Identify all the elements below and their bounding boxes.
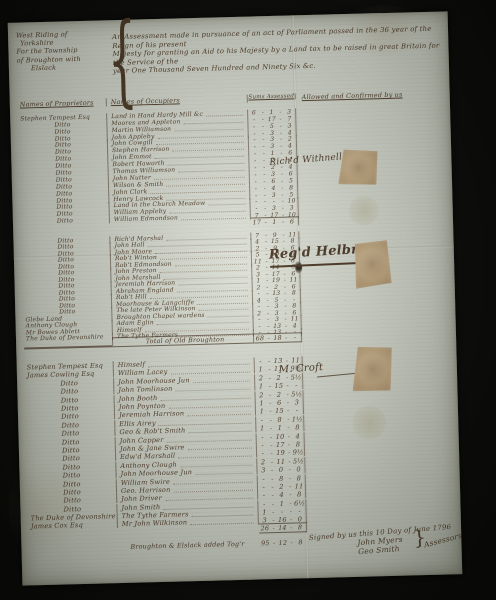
amount-shillings: 8 bbox=[275, 474, 287, 482]
amount-pence: - bbox=[290, 381, 302, 389]
dash-separator: - bbox=[283, 333, 289, 341]
header-allowed-confirmed: Allowed and Confirmed by us bbox=[296, 89, 448, 101]
photo-background: West Riding of Yorkshire For the Townshi… bbox=[0, 0, 496, 600]
amount-pence: 0 bbox=[293, 465, 305, 473]
amount-pence: 8 bbox=[293, 491, 305, 499]
sum-assessed: 26-14-8 bbox=[259, 522, 307, 533]
dash-separator: - bbox=[270, 508, 276, 516]
wafer-seal bbox=[338, 148, 379, 187]
amount-pounds: - bbox=[257, 449, 269, 457]
dash-separator: - bbox=[288, 523, 294, 531]
amount-pounds: 26 bbox=[259, 524, 271, 532]
dash-separator: - bbox=[270, 500, 276, 508]
dash-separator: - bbox=[267, 391, 273, 399]
dash-separator: - bbox=[287, 491, 293, 499]
dash-separator: - bbox=[268, 433, 274, 441]
amount-shillings: - bbox=[276, 508, 288, 516]
dash-separator: - bbox=[268, 424, 274, 432]
total-prop-space bbox=[30, 551, 118, 553]
amount-pounds: - bbox=[257, 433, 269, 441]
dash-separator: - bbox=[267, 374, 273, 382]
dash-separator: - bbox=[285, 407, 291, 415]
amount-pounds: 2 bbox=[255, 391, 267, 399]
amount-pence: - bbox=[289, 333, 301, 341]
amount-shillings: 4 bbox=[276, 491, 288, 499]
dash-separator: - bbox=[269, 449, 275, 457]
total-label-cell bbox=[109, 227, 251, 231]
amount-shillings: 10 bbox=[274, 432, 286, 440]
amount-pence: 6½ bbox=[294, 499, 306, 507]
table-section: Stephen Tempest EsqHimself--13-11James C… bbox=[25, 352, 459, 539]
margin-space bbox=[302, 338, 454, 342]
amount-pence: 8 bbox=[294, 523, 306, 531]
total-label: Broughton & Elslack added Tog'r bbox=[122, 539, 252, 550]
county-heading: West Riding of Yorkshire For the Townshi… bbox=[16, 29, 99, 72]
dash-separator: - bbox=[269, 466, 275, 474]
total-label bbox=[114, 227, 250, 231]
dash-separator: - bbox=[270, 491, 276, 499]
amount-shillings: 17 bbox=[274, 441, 286, 449]
dash-separator: - bbox=[263, 218, 269, 226]
dash-separator: - bbox=[266, 334, 272, 342]
sum-assessed: 17-1-6 bbox=[251, 216, 299, 226]
occupier-name: Himself bbox=[118, 360, 146, 369]
amount-pounds: 1 bbox=[255, 366, 267, 374]
amount-pounds: 1 bbox=[255, 382, 267, 390]
amount-pounds: 95 bbox=[259, 539, 271, 547]
amount-pounds: 2 bbox=[257, 458, 269, 466]
amount-shillings: 0 bbox=[275, 466, 287, 474]
dash-separator: - bbox=[287, 474, 293, 482]
amount-shillings: 1 bbox=[274, 424, 286, 432]
wafer-seal bbox=[352, 240, 391, 289]
preamble-text: An Assessment made in pursuance of an ac… bbox=[112, 24, 447, 76]
amount-shillings: 11 bbox=[275, 457, 287, 465]
amount-pounds: - bbox=[258, 500, 270, 508]
amount-pence: 6 bbox=[286, 217, 298, 225]
amount-pounds: 68 bbox=[254, 334, 266, 342]
amount-shillings: 1 bbox=[269, 218, 281, 226]
dash-separator: - bbox=[267, 382, 273, 390]
amount-shillings: 8 bbox=[274, 415, 286, 423]
dash-separator: - bbox=[286, 432, 292, 440]
dash-separator: - bbox=[287, 457, 293, 465]
amount-pence: 8 bbox=[292, 440, 304, 448]
dash-separator: - bbox=[267, 399, 273, 407]
header-sums-assessed: Sums Assessed bbox=[248, 93, 296, 100]
dash-separator: - bbox=[285, 390, 291, 398]
amount-pounds: - bbox=[258, 475, 270, 483]
amount-shillings: 12 bbox=[277, 539, 289, 547]
dash-separator: - bbox=[285, 399, 291, 407]
dash-separator: - bbox=[266, 357, 272, 365]
dash-separator: - bbox=[269, 458, 275, 466]
sum-assessed: 68-18-- bbox=[254, 332, 302, 343]
dash-separator: - bbox=[271, 539, 277, 547]
table-section: DittoRich'd Marshal7-9-11DittoJohn Hall4… bbox=[21, 227, 454, 349]
amount-shillings: 19 bbox=[275, 449, 287, 457]
dash-separator: - bbox=[267, 365, 273, 373]
amount-pounds: - bbox=[255, 357, 267, 365]
amount-pounds: - bbox=[258, 491, 270, 499]
dash-separator: - bbox=[288, 508, 294, 516]
dash-separator: - bbox=[286, 449, 292, 457]
amount-pence: 5½ bbox=[292, 457, 304, 465]
total-prop-space bbox=[21, 230, 109, 232]
amount-pence: 5½ bbox=[291, 390, 303, 398]
amount-pounds: 1 bbox=[256, 408, 268, 416]
amount-shillings: 15 bbox=[273, 382, 285, 390]
dash-separator: - bbox=[268, 441, 274, 449]
amount-pence: - bbox=[294, 507, 306, 515]
amount-pence: 8 bbox=[295, 538, 307, 546]
amount-shillings: 6 bbox=[273, 399, 285, 407]
dash-separator: - bbox=[285, 415, 291, 423]
amount-pounds: - bbox=[258, 483, 270, 491]
document-page: West Riding of Yorkshire For the Townshi… bbox=[8, 11, 463, 585]
dash-separator: - bbox=[287, 466, 293, 474]
sum-assessed: 95-12-8 bbox=[259, 538, 307, 547]
amount-pence: 1½ bbox=[291, 415, 303, 423]
amount-pounds: 1 bbox=[256, 424, 268, 432]
total-label: Total of Old Broughton bbox=[117, 334, 253, 346]
amount-shillings: 2 bbox=[275, 483, 287, 491]
dash-separator: - bbox=[287, 482, 293, 490]
dash-separator: - bbox=[268, 407, 274, 415]
margin-space bbox=[299, 221, 451, 225]
amount-pence: 9½ bbox=[292, 449, 304, 457]
amount-pounds: 1 bbox=[259, 508, 271, 516]
table-section: Stephen Tempest EsqLand in Hand Hardy Mi… bbox=[18, 104, 451, 232]
dash-separator: - bbox=[286, 424, 292, 432]
table-body: Stephen Tempest EsqLand in Hand Hardy Mi… bbox=[18, 104, 459, 553]
wafer-seal bbox=[353, 345, 394, 393]
header-proprietors: Names of Proprietors bbox=[18, 98, 106, 108]
amount-pence: 8 bbox=[292, 423, 304, 431]
dash-separator: - bbox=[286, 440, 292, 448]
amount-pounds: 17 bbox=[251, 218, 263, 226]
amount-shillings: 15 bbox=[273, 407, 285, 415]
amount-pounds: 3 bbox=[257, 466, 269, 474]
dash-separator: - bbox=[271, 524, 277, 532]
amount-pence: - bbox=[291, 407, 303, 415]
amount-pounds: 1 bbox=[256, 399, 268, 407]
amount-pence: 11 bbox=[293, 482, 305, 490]
total-label-cell: Broughton & Elslack added Tog'r bbox=[117, 539, 259, 551]
dash-separator: - bbox=[289, 538, 295, 546]
amount-pence: 8 bbox=[293, 474, 305, 482]
amount-shillings: 1 bbox=[276, 499, 288, 507]
amount-shillings: 2 bbox=[273, 390, 285, 398]
dash-separator: - bbox=[285, 382, 291, 390]
total-prop-space bbox=[24, 345, 112, 349]
amount-pounds: - bbox=[256, 416, 268, 424]
dash-separator: - bbox=[288, 499, 294, 507]
dash-separator: - bbox=[280, 218, 286, 226]
dash-separator: - bbox=[270, 483, 276, 491]
amount-pounds: - bbox=[257, 441, 269, 449]
amount-shillings: 18 bbox=[272, 333, 284, 341]
amount-pounds: 2 bbox=[255, 374, 267, 382]
occupier-name: Mr John Wilkinson bbox=[122, 519, 188, 529]
dash-separator: - bbox=[269, 475, 275, 483]
amount-pence: 4 bbox=[292, 432, 304, 440]
amount-pence: 3 bbox=[291, 398, 303, 406]
dash-separator: - bbox=[268, 416, 274, 424]
amount-shillings: 14 bbox=[277, 524, 289, 532]
assessment-table: Names of Proprietors Names of Occupiers … bbox=[18, 89, 460, 553]
